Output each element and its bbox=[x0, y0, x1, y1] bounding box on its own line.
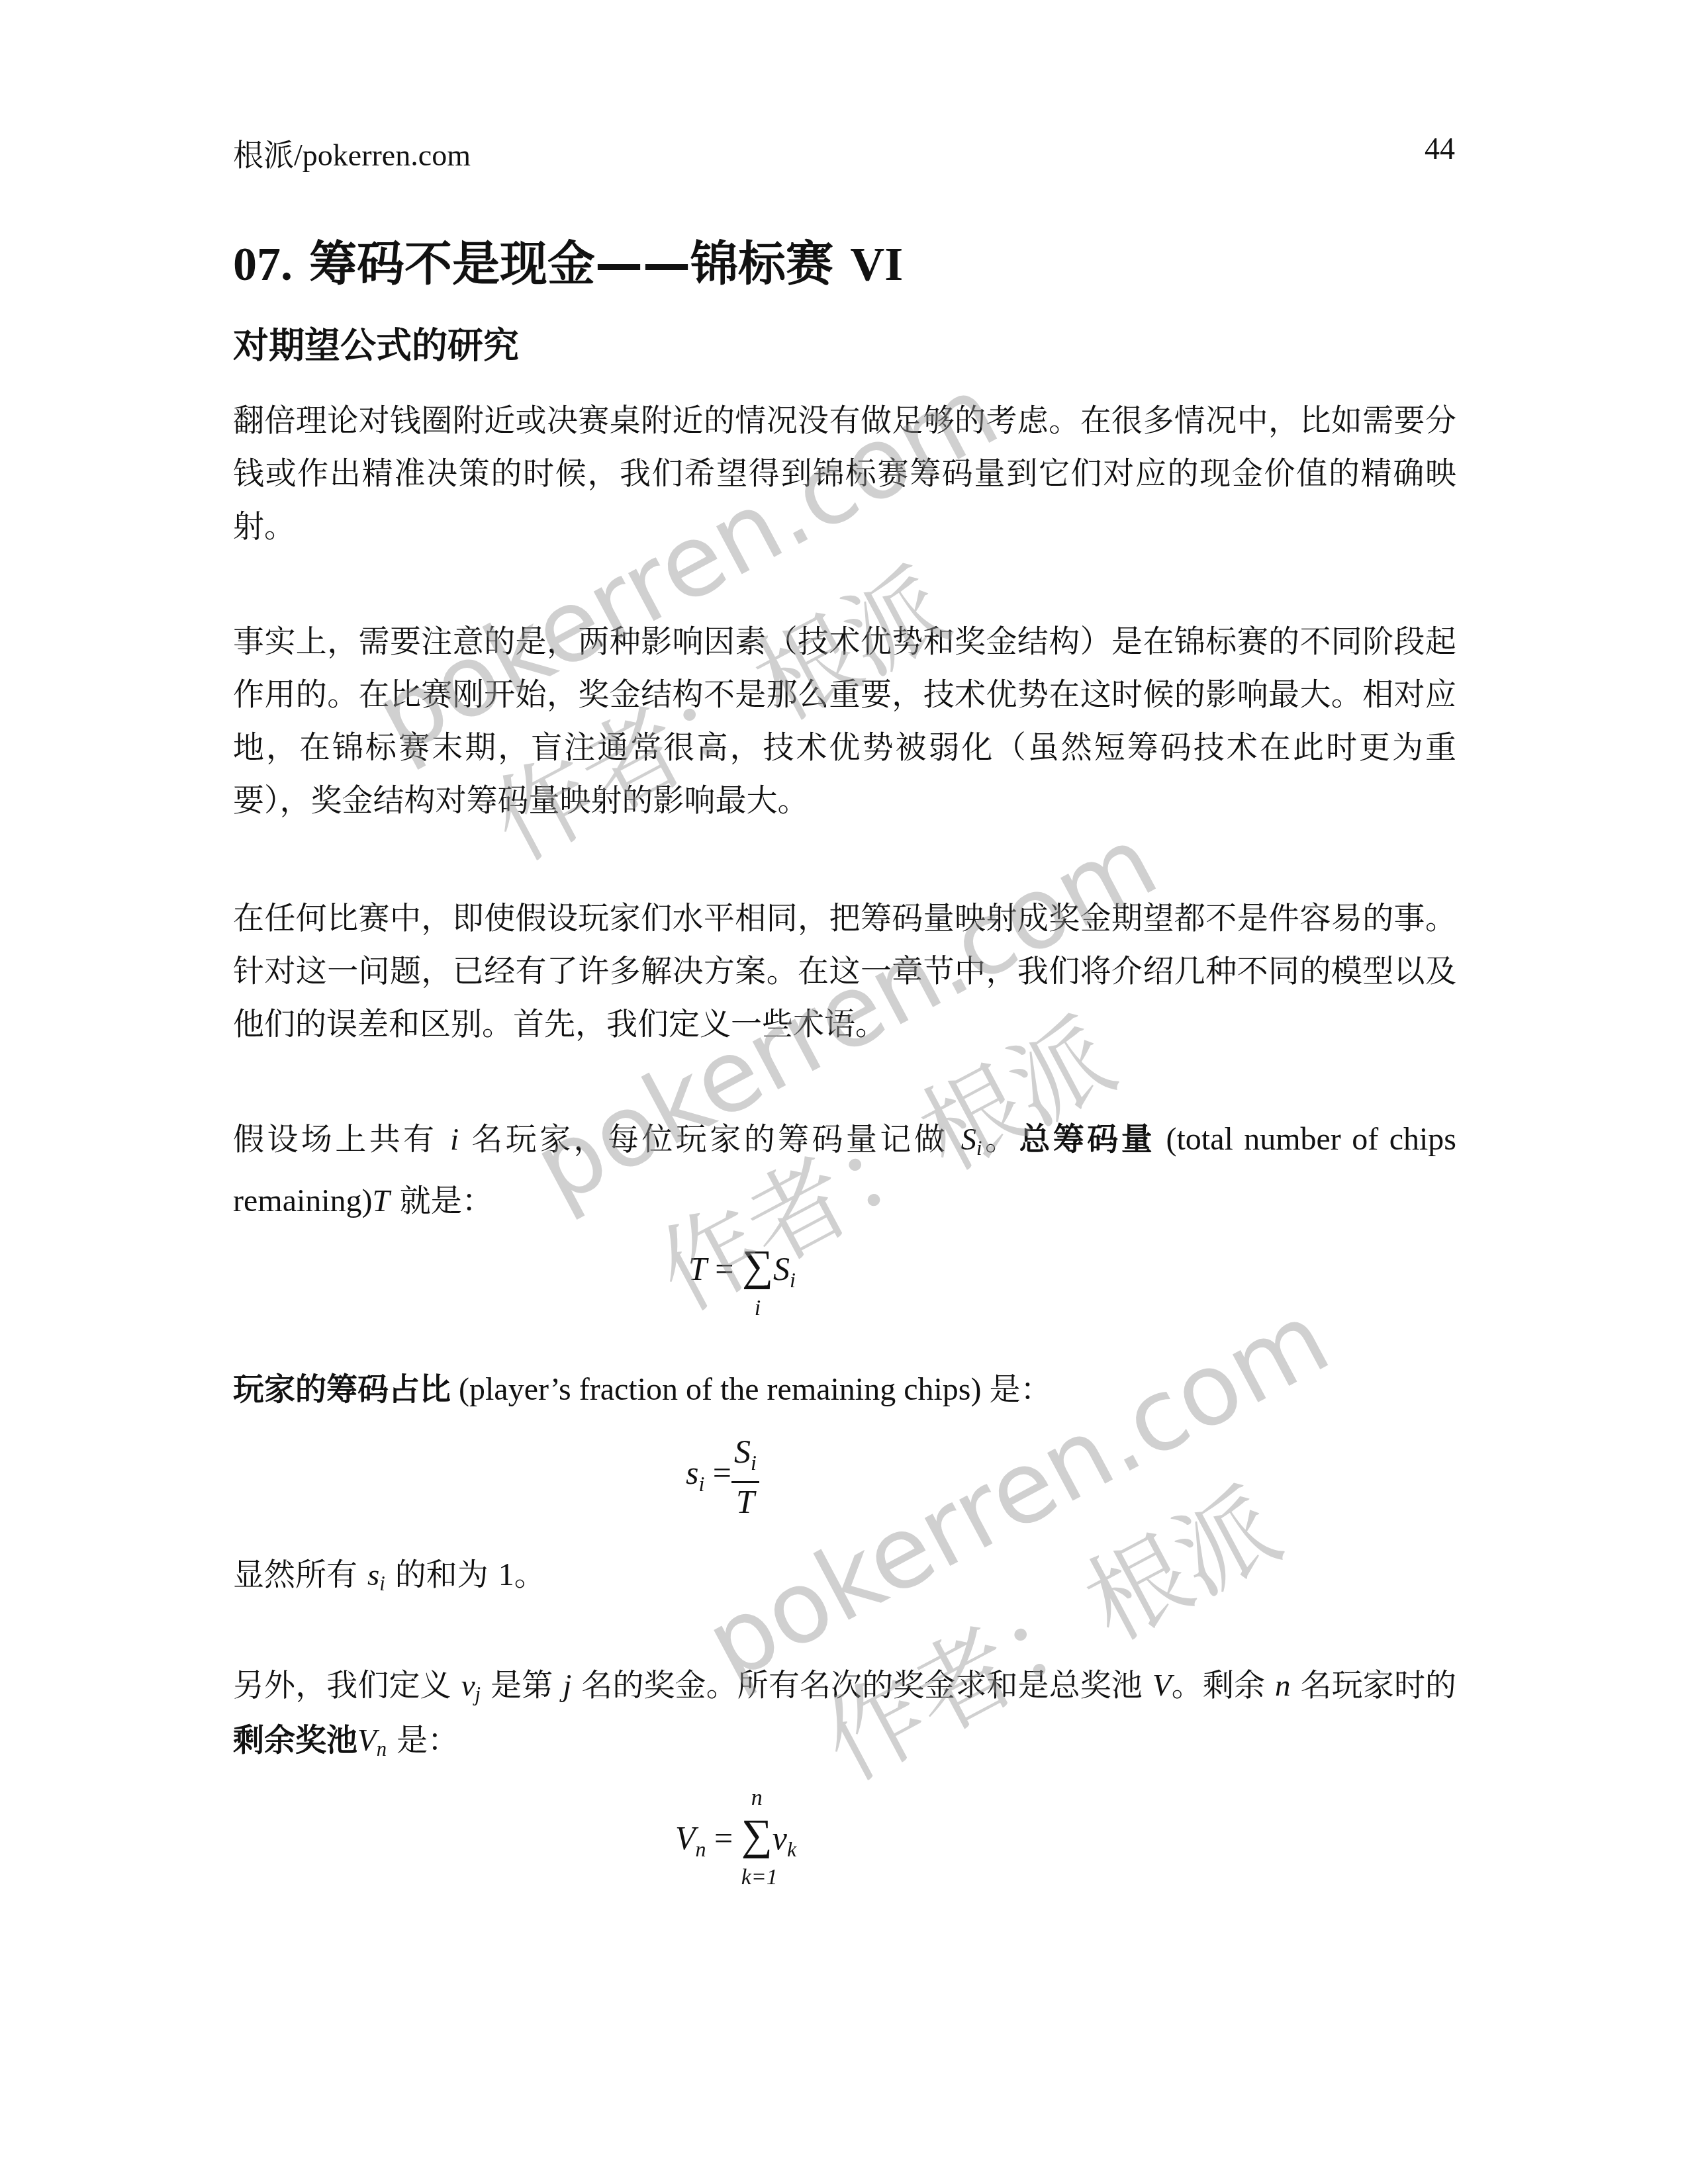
eq-lhs: Vn bbox=[675, 1819, 706, 1856]
number-one: 1 bbox=[498, 1557, 514, 1592]
paragraph-1: 翻倍理论对钱圈附近或决赛桌附近的情况没有做足够的考虑。在很多情况中，比如需要分钱… bbox=[233, 394, 1456, 553]
math-S-i: Si bbox=[961, 1122, 982, 1157]
english-gloss: (player’s fraction of the remaining chip… bbox=[451, 1372, 990, 1407]
chapter-title: 07. 筹码不是现金——锦标赛 VI bbox=[233, 225, 903, 294]
math-s-i: si bbox=[367, 1558, 385, 1592]
equation-total-chips: T = ∑iSi bbox=[688, 1244, 796, 1293]
chapter-title-text: 筹码不是现金——锦标赛 bbox=[309, 236, 833, 291]
paragraph-4: 假设场上共有 i 名玩家，每位玩家的筹码量记做 Si。总筹码量 (total n… bbox=[233, 1113, 1456, 1228]
text: 另外，我们定义 bbox=[233, 1667, 461, 1704]
eq-equals: = bbox=[713, 1454, 731, 1491]
watermark-site: pokerren.com bbox=[688, 1281, 1346, 1704]
math-v-j: vj bbox=[461, 1668, 481, 1703]
bold-term-player-fraction: 玩家的筹码占比 bbox=[233, 1371, 451, 1408]
eq-lhs: si bbox=[686, 1454, 704, 1491]
text: 是： bbox=[387, 1722, 459, 1758]
equation-remaining-pool: Vn = n∑k=1vk bbox=[675, 1813, 796, 1862]
paragraph-6: 显然所有 si 的和为 1。 bbox=[233, 1549, 1456, 1610]
text: 是第 bbox=[481, 1667, 563, 1704]
bold-term-total-chips: 总筹码量 bbox=[1019, 1121, 1155, 1158]
math-var-j: j bbox=[563, 1668, 571, 1703]
document-page: 根派/pokerren.com 44 07. 筹码不是现金——锦标赛 VI 对期… bbox=[0, 0, 1688, 2184]
text: 是： bbox=[990, 1371, 1052, 1408]
header-site-name: 根派/pokerren.com bbox=[233, 131, 471, 175]
text: 名的奖金。所有名次的奖金求和是总奖池 bbox=[571, 1667, 1152, 1704]
summation-symbol: ∑i bbox=[742, 1244, 773, 1288]
paragraph-3: 在任何比赛中，即使假设玩家们水平相同，把筹码量映射成奖金期望都不是件容易的事。针… bbox=[233, 892, 1456, 1051]
eq-equals: = bbox=[715, 1250, 733, 1287]
chapter-number: 07. bbox=[233, 238, 293, 291]
text: 。 bbox=[982, 1121, 1019, 1158]
text: 。 bbox=[514, 1557, 545, 1593]
text: 的和为 bbox=[385, 1557, 498, 1593]
paragraph-5: 玩家的筹码占比 (player’s fraction of the remain… bbox=[233, 1363, 1456, 1416]
text: 显然所有 bbox=[233, 1557, 367, 1593]
fraction: SiT bbox=[731, 1433, 759, 1520]
math-V-n: Vn bbox=[357, 1723, 387, 1758]
eq-lhs: T bbox=[688, 1250, 707, 1287]
equation-chip-fraction: si =SiT bbox=[686, 1433, 759, 1520]
text: 名玩家时的 bbox=[1291, 1667, 1456, 1704]
bold-term-remaining-pool: 剩余奖池 bbox=[233, 1722, 357, 1758]
math-var-i: i bbox=[450, 1122, 459, 1157]
summation-symbol: n∑k=1 bbox=[741, 1813, 773, 1857]
text: 名玩家，每位玩家的筹码量记做 bbox=[459, 1121, 961, 1158]
text: 假设场上共有 bbox=[233, 1121, 450, 1158]
math-var-n: n bbox=[1275, 1668, 1291, 1703]
page-header: 根派/pokerren.com 44 bbox=[233, 131, 1455, 177]
paragraph-2: 事实上，需要注意的是，两种影响因素（技术优势和奖金结构）是在锦标赛的不同阶段起作… bbox=[233, 615, 1456, 827]
chapter-roman-numeral: VI bbox=[850, 238, 903, 291]
math-var-T: T bbox=[373, 1184, 390, 1218]
page-number: 44 bbox=[1425, 131, 1455, 166]
paragraph-7: 另外，我们定义 vj 是第 j 名的奖金。所有名次的奖金求和是总奖池 V。剩余 … bbox=[233, 1662, 1456, 1772]
math-var-V: V bbox=[1152, 1668, 1172, 1703]
text: 。剩余 bbox=[1172, 1667, 1275, 1704]
section-title: 对期望公式的研究 bbox=[233, 318, 519, 369]
eq-equals: = bbox=[714, 1819, 733, 1856]
eq-term: Si bbox=[773, 1250, 796, 1287]
eq-term: vk bbox=[773, 1819, 796, 1856]
text: 就是： bbox=[390, 1183, 493, 1219]
